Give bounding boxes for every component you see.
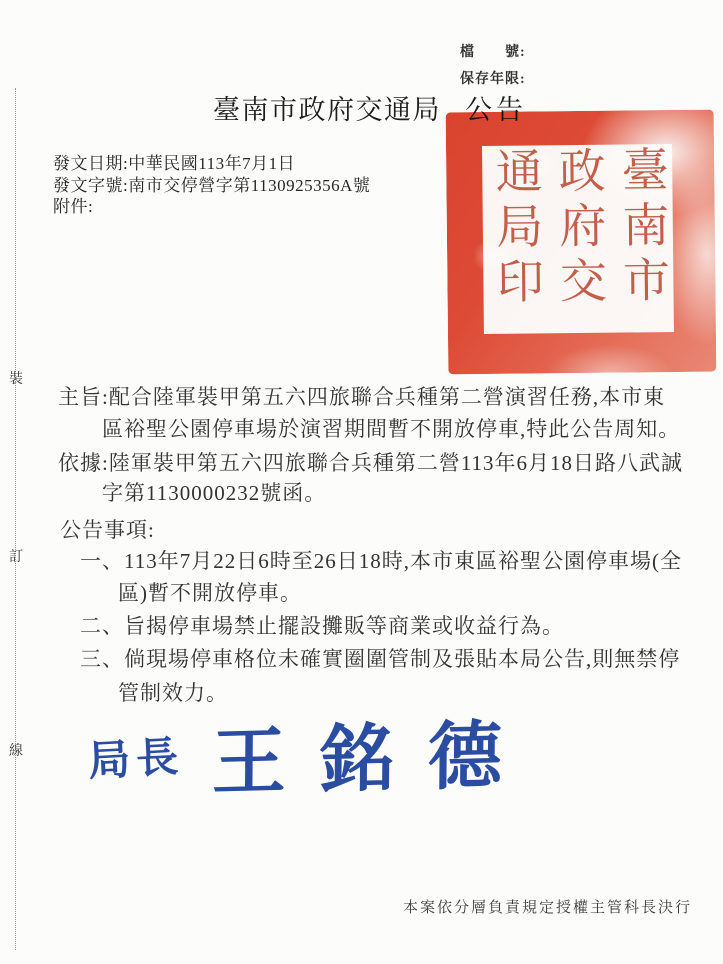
director-title-text: 局長 [86, 724, 185, 789]
announcement-items-heading: 公告事項: [60, 514, 155, 544]
binding-mark-xian: 線 [6, 740, 26, 760]
seal-inner-panel: 臺南市政府交通局印 [482, 144, 674, 334]
binding-dotted-line [15, 88, 16, 950]
retention-period-label: 保存年限: [460, 68, 526, 88]
basis-line-2: 字第1130000232號函。 [102, 477, 326, 507]
official-seal-stamp: 臺南市政府交通局印 [446, 110, 717, 375]
binding-mark-zhuang: 裝 [6, 368, 26, 388]
reference-number-line: 發文字號:南市交停營字第1130925356A號 [53, 171, 370, 196]
item-1-line-1: 一、113年7月22日6時至26日18時,本市東區裕聖公園停車場(全 [80, 545, 682, 575]
director-name-calligraphy: 王銘德 [212, 696, 537, 811]
binding-mark-ding: 訂 [6, 546, 26, 566]
subject-line-1: 主旨:配合陸軍裝甲第五六四旅聯合兵種第二營演習任務,本市東 [58, 381, 665, 411]
item-1-line-2: 區)暫不開放停車。 [118, 577, 302, 607]
seal-script-text: 臺南市政府交通局印 [483, 145, 674, 333]
director-signature: 局長 王銘德 [88, 700, 536, 806]
subject-line-2: 區裕聖公園停車場於演習期間暫不開放停車,特此公告周知。 [102, 413, 680, 443]
file-number-label: 檔 號: [460, 41, 526, 61]
basis-line-1: 依據:陸軍裝甲第五六四旅聯合兵種第二營113年6月18日路八武誠 [58, 447, 683, 477]
announcement-document: 裝 訂 線 檔 號: 保存年限: 臺南市政府交通局公告 發文日期:中華民國113… [0, 0, 723, 964]
issuing-agency-name: 臺南市政府交通局 [213, 95, 441, 125]
item-3-line-1: 三、倘現場停車格位未確實圈圍管制及張貼本局公告,則無禁停 [80, 643, 680, 673]
delegation-authorization-note: 本案依分層負責規定授權主管科長決行 [403, 896, 692, 917]
item-2-line: 二、旨揭停車場禁止擺設攤販等商業或收益行為。 [80, 610, 564, 640]
attachment-line: 附件: [53, 192, 93, 217]
